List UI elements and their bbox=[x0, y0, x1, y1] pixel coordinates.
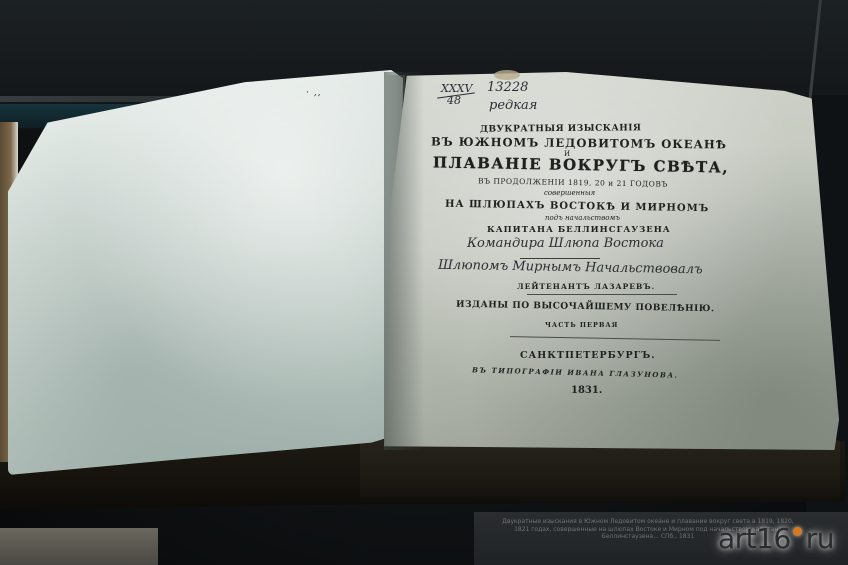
handwritten-note: редкая bbox=[489, 98, 537, 113]
imprint-city: САНКТПЕТЕРБУРГЪ. bbox=[520, 350, 656, 361]
shelfmark-bottom: 48 bbox=[447, 94, 461, 107]
left-label-card bbox=[0, 528, 158, 565]
title-line: ЧАСТЬ ПЕРВАЯ bbox=[545, 321, 618, 329]
left-blank-page bbox=[8, 70, 403, 475]
title-line: совершенныя bbox=[544, 189, 595, 197]
title-divider bbox=[527, 294, 677, 295]
script-line: Командира Шлюпа Востока bbox=[467, 236, 664, 251]
inventory-number: 13228 bbox=[487, 80, 528, 95]
title-line: КАПИТАНА БЕЛЛИНСГАУЗЕНА bbox=[487, 225, 671, 235]
title-line: ДВУКРАТНЫЯ ИЗЫСКАНІЯ bbox=[480, 123, 642, 134]
watermark-dot-icon bbox=[793, 527, 802, 536]
title-page-gutter-shadow bbox=[384, 72, 424, 450]
watermark-suffix: ru bbox=[806, 522, 834, 555]
watermark: art16 ru bbox=[718, 522, 834, 555]
left-page-marks: · ‚‚ bbox=[306, 88, 321, 98]
title-line: подъ начальствомъ bbox=[545, 214, 620, 222]
page-stain bbox=[494, 70, 520, 80]
imprint-year: 1831. bbox=[571, 385, 602, 396]
title-line: ЛЕЙТЕНАНТЪ ЛАЗАРЕВЪ. bbox=[517, 282, 655, 291]
watermark-prefix: art16 bbox=[718, 522, 791, 555]
photo-scene: · ‚‚ XXXV 48 13228 редкая ДВУКРАТНЫЯ ИЗЫ… bbox=[0, 0, 848, 565]
